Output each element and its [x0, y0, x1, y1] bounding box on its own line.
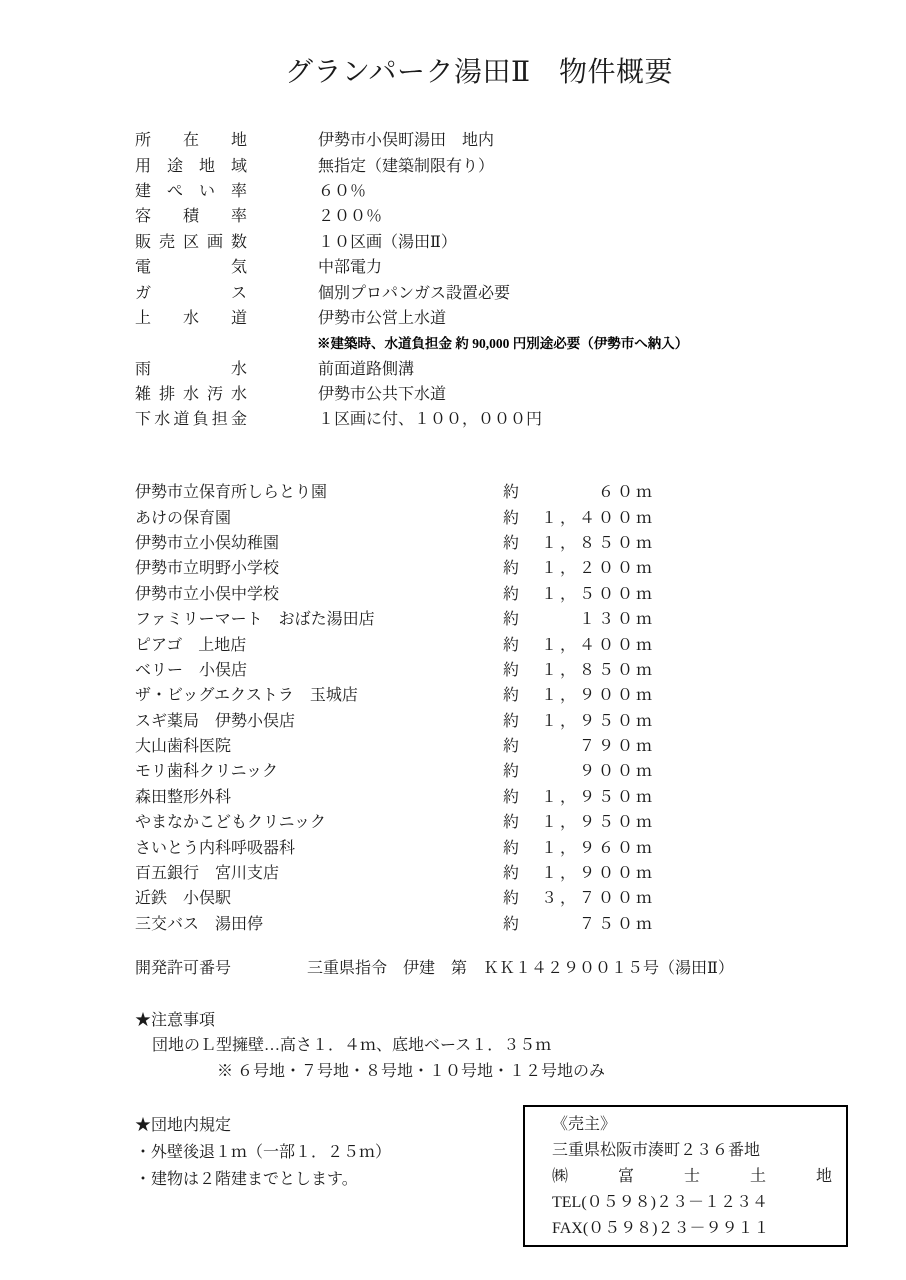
- nearby-facilities-list: 伊勢市立保育所しらとり園 約 ６０ｍ あけの保育園 約 １，４００ｍ 伊勢市立小…: [135, 478, 655, 935]
- facility-approx-label: 約: [503, 657, 523, 680]
- facility-row: やまなかこどもクリニック 約 １，９５０ｍ: [135, 808, 655, 833]
- facility-approx-label: 約: [503, 885, 523, 908]
- facility-name: さいとう内科呼吸器科: [135, 835, 503, 858]
- property-value: 伊勢市公営上水道: [318, 305, 446, 328]
- property-overview-document: グランパーク湯田Ⅱ 物件概要 所 在 地 伊勢市小俣町湯田 地内 用 途 地 域…: [0, 0, 906, 1280]
- facility-distance: １，４００ｍ: [523, 505, 655, 528]
- property-value: 個別プロパンガス設置必要: [318, 280, 510, 303]
- facility-distance: １，８５０ｍ: [523, 657, 655, 680]
- property-label: 雑排水汚水: [135, 381, 247, 404]
- facility-row: ピアゴ 上地店 約 １，４００ｍ: [135, 630, 655, 655]
- facility-name: 近鉄 小俣駅: [135, 885, 503, 908]
- property-value: 前面道路側溝: [318, 356, 414, 379]
- facility-row: 伊勢市立小俣幼稚園 約 １，８５０ｍ: [135, 529, 655, 554]
- property-rows-top: 所 在 地 伊勢市小俣町湯田 地内 用 途 地 域 無指定（建築制限有り） 建 …: [135, 126, 688, 329]
- property-label: 販売区画数: [135, 229, 247, 252]
- facility-name: 伊勢市立明野小学校: [135, 555, 503, 578]
- facility-name: 百五銀行 宮川支店: [135, 860, 503, 883]
- property-rows-bottom: 雨 水 前面道路側溝 雑排水汚水 伊勢市公共下水道 下水道負担金 １区画に付、１…: [135, 355, 688, 431]
- permit-number: 三重県指令 伊建 第 ＫＫ１４２９００１５号（湯田Ⅱ）: [307, 955, 734, 978]
- facility-row: 伊勢市立小俣中学校 約 １，５００ｍ: [135, 580, 655, 605]
- property-label: 下水道負担金: [135, 406, 247, 429]
- facility-name: ベリー 小俣店: [135, 657, 503, 680]
- facility-name: やまなかこどもクリニック: [135, 809, 503, 832]
- rule-item-setback: ・外壁後退１ｍ（一部１．２５ｍ）: [135, 1139, 391, 1166]
- facility-row: ファミリーマート おばた湯田店 約 １３０ｍ: [135, 605, 655, 630]
- development-permit-row: 開発許可番号 三重県指令 伊建 第 ＫＫ１４２９００１５号（湯田Ⅱ）: [135, 954, 734, 979]
- facility-distance: １，９００ｍ: [523, 860, 655, 883]
- property-label: 用 途 地 域: [135, 153, 247, 176]
- property-row: 用 途 地 域 無指定（建築制限有り）: [135, 151, 688, 176]
- seller-heading: 《売主》: [552, 1112, 832, 1138]
- property-label: ガ ス: [135, 280, 247, 303]
- property-value: 伊勢市公共下水道: [318, 381, 446, 404]
- seller-company-name: ㈱ 富 士 土 地: [552, 1164, 832, 1190]
- property-value: 無指定（建築制限有り）: [318, 153, 494, 176]
- document-title: グランパーク湯田Ⅱ 物件概要: [0, 50, 906, 90]
- facility-name: 伊勢市立小俣中学校: [135, 581, 503, 604]
- facility-row: 伊勢市立明野小学校 約 １，２００ｍ: [135, 554, 655, 579]
- facility-row: さいとう内科呼吸器科 約 １，９６０ｍ: [135, 833, 655, 858]
- facility-distance: １，５００ｍ: [523, 581, 655, 604]
- facility-row: 三交バス 湯田停 約 ７５０ｍ: [135, 910, 655, 935]
- facility-distance: １，９５０ｍ: [523, 708, 655, 731]
- property-value: 中部電力: [318, 254, 382, 277]
- property-row: 上 水 道 伊勢市公営上水道: [135, 304, 688, 329]
- property-label: 容 積 率: [135, 203, 247, 226]
- facility-name: 三交バス 湯田停: [135, 911, 503, 934]
- facility-row: 伊勢市立保育所しらとり園 約 ６０ｍ: [135, 478, 655, 503]
- facility-approx-label: 約: [503, 860, 523, 883]
- facility-row: モリ歯科クリニック 約 ９００ｍ: [135, 757, 655, 782]
- water-fee-note-text: ※建築時、水道負担金 約 90,000 円別途必要（伊勢市へ納入）: [317, 332, 688, 352]
- property-summary: 所 在 地 伊勢市小俣町湯田 地内 用 途 地 域 無指定（建築制限有り） 建 …: [135, 126, 688, 431]
- property-row: 販売区画数 １０区画（湯田Ⅱ）: [135, 228, 688, 253]
- property-label: 建 ぺ い 率: [135, 178, 247, 201]
- facility-approx-label: 約: [503, 581, 523, 604]
- facility-row: 森田整形外科 約 １，９５０ｍ: [135, 783, 655, 808]
- property-value: 伊勢市小俣町湯田 地内: [318, 127, 494, 150]
- property-value: ２００％: [318, 203, 382, 226]
- permit-label: 開発許可番号: [135, 955, 307, 978]
- notice-section: ★注意事項 団地のＬ型擁壁…高さ１．４ｍ、底地ベース１．３５ｍ ※ ６号地・７号…: [135, 1008, 605, 1084]
- facility-distance: ７５０ｍ: [523, 911, 655, 934]
- property-row: 下水道負担金 １区画に付、１００，０００円: [135, 405, 688, 430]
- facility-approx-label: 約: [503, 758, 523, 781]
- facility-name: 伊勢市立小俣幼稚園: [135, 530, 503, 553]
- facility-distance: １３０ｍ: [523, 606, 655, 629]
- facility-name: 大山歯科医院: [135, 733, 503, 756]
- facility-approx-label: 約: [503, 505, 523, 528]
- facility-name: モリ歯科クリニック: [135, 758, 503, 781]
- facility-distance: １，８５０ｍ: [523, 530, 655, 553]
- notice-heading: ★注意事項: [135, 1008, 605, 1033]
- facility-approx-label: 約: [503, 682, 523, 705]
- property-row: 容 積 率 ２００％: [135, 202, 688, 227]
- facility-approx-label: 約: [503, 809, 523, 832]
- facility-row: あけの保育園 約 １，４００ｍ: [135, 503, 655, 528]
- facility-distance: ７９０ｍ: [523, 733, 655, 756]
- facility-name: スギ薬局 伊勢小俣店: [135, 708, 503, 731]
- property-row: 雑排水汚水 伊勢市公共下水道: [135, 380, 688, 405]
- property-row: 雨 水 前面道路側溝: [135, 355, 688, 380]
- facility-approx-label: 約: [503, 632, 523, 655]
- facility-row: 大山歯科医院 約 ７９０ｍ: [135, 732, 655, 757]
- property-value: ６０％: [318, 178, 366, 201]
- rule-item-stories: ・建物は２階建までとします。: [135, 1166, 391, 1193]
- facility-approx-label: 約: [503, 555, 523, 578]
- facility-distance: ９００ｍ: [523, 758, 655, 781]
- property-value: １区画に付、１００，０００円: [318, 406, 542, 429]
- estate-rules-section: ★団地内規定 ・外壁後退１ｍ（一部１．２５ｍ） ・建物は２階建までとします。: [135, 1112, 391, 1193]
- seller-box: 《売主》 三重県松阪市湊町２３６番地 ㈱ 富 士 土 地 TEL(０５９８)２３…: [523, 1105, 848, 1247]
- facility-name: ピアゴ 上地店: [135, 632, 503, 655]
- facility-row: 百五銀行 宮川支店 約 １，９００ｍ: [135, 859, 655, 884]
- property-row: 所 在 地 伊勢市小俣町湯田 地内: [135, 126, 688, 151]
- facility-name: 森田整形外科: [135, 784, 503, 807]
- seller-address: 三重県松阪市湊町２３６番地: [552, 1138, 832, 1164]
- property-row: 電 気 中部電力: [135, 253, 688, 278]
- facility-row: ベリー 小俣店 約 １，８５０ｍ: [135, 656, 655, 681]
- facility-distance: １，９５０ｍ: [523, 784, 655, 807]
- facility-approx-label: 約: [503, 911, 523, 934]
- notice-applicable-lots: ※ ６号地・７号地・８号地・１０号地・１２号地のみ: [217, 1059, 605, 1084]
- facility-distance: １，９５０ｍ: [523, 809, 655, 832]
- facility-name: ザ・ビッグエクストラ 玉城店: [135, 682, 503, 705]
- property-value: １０区画（湯田Ⅱ）: [318, 229, 457, 252]
- facility-row: ザ・ビッグエクストラ 玉城店 約 １，９００ｍ: [135, 681, 655, 706]
- facility-distance: １，９６０ｍ: [523, 835, 655, 858]
- notice-retaining-wall: 団地のＬ型擁壁…高さ１．４ｍ、底地ベース１．３５ｍ: [152, 1033, 605, 1058]
- property-row: ガ ス 個別プロパンガス設置必要: [135, 278, 688, 303]
- facility-distance: １，９００ｍ: [523, 682, 655, 705]
- property-label: 電 気: [135, 254, 247, 277]
- facility-approx-label: 約: [503, 708, 523, 731]
- seller-fax: FAX(０５９８)２３－９９１１: [552, 1216, 832, 1242]
- facility-approx-label: 約: [503, 784, 523, 807]
- facility-approx-label: 約: [503, 530, 523, 553]
- facility-name: ファミリーマート おばた湯田店: [135, 606, 503, 629]
- water-fee-note-row: ※建築時、水道負担金 約 90,000 円別途必要（伊勢市へ納入）: [135, 329, 688, 354]
- property-label: 雨 水: [135, 356, 247, 379]
- facility-distance: １，２００ｍ: [523, 555, 655, 578]
- facility-row: 近鉄 小俣駅 約 ３，７００ｍ: [135, 884, 655, 909]
- facility-approx-label: 約: [503, 479, 523, 502]
- facility-approx-label: 約: [503, 733, 523, 756]
- facility-approx-label: 約: [503, 606, 523, 629]
- seller-tel: TEL(０５９８)２３－１２３４: [552, 1190, 832, 1216]
- facility-distance: ６０ｍ: [523, 479, 655, 502]
- property-label: 所 在 地: [135, 127, 247, 150]
- facility-name: 伊勢市立保育所しらとり園: [135, 479, 503, 502]
- facility-distance: １，４００ｍ: [523, 632, 655, 655]
- facility-name: あけの保育園: [135, 505, 503, 528]
- property-label: 上 水 道: [135, 305, 247, 328]
- facility-row: スギ薬局 伊勢小俣店 約 １，９５０ｍ: [135, 707, 655, 732]
- property-row: 建 ぺ い 率 ６０％: [135, 177, 688, 202]
- facility-distance: ３，７００ｍ: [523, 885, 655, 908]
- rules-heading: ★団地内規定: [135, 1112, 391, 1139]
- facility-approx-label: 約: [503, 835, 523, 858]
